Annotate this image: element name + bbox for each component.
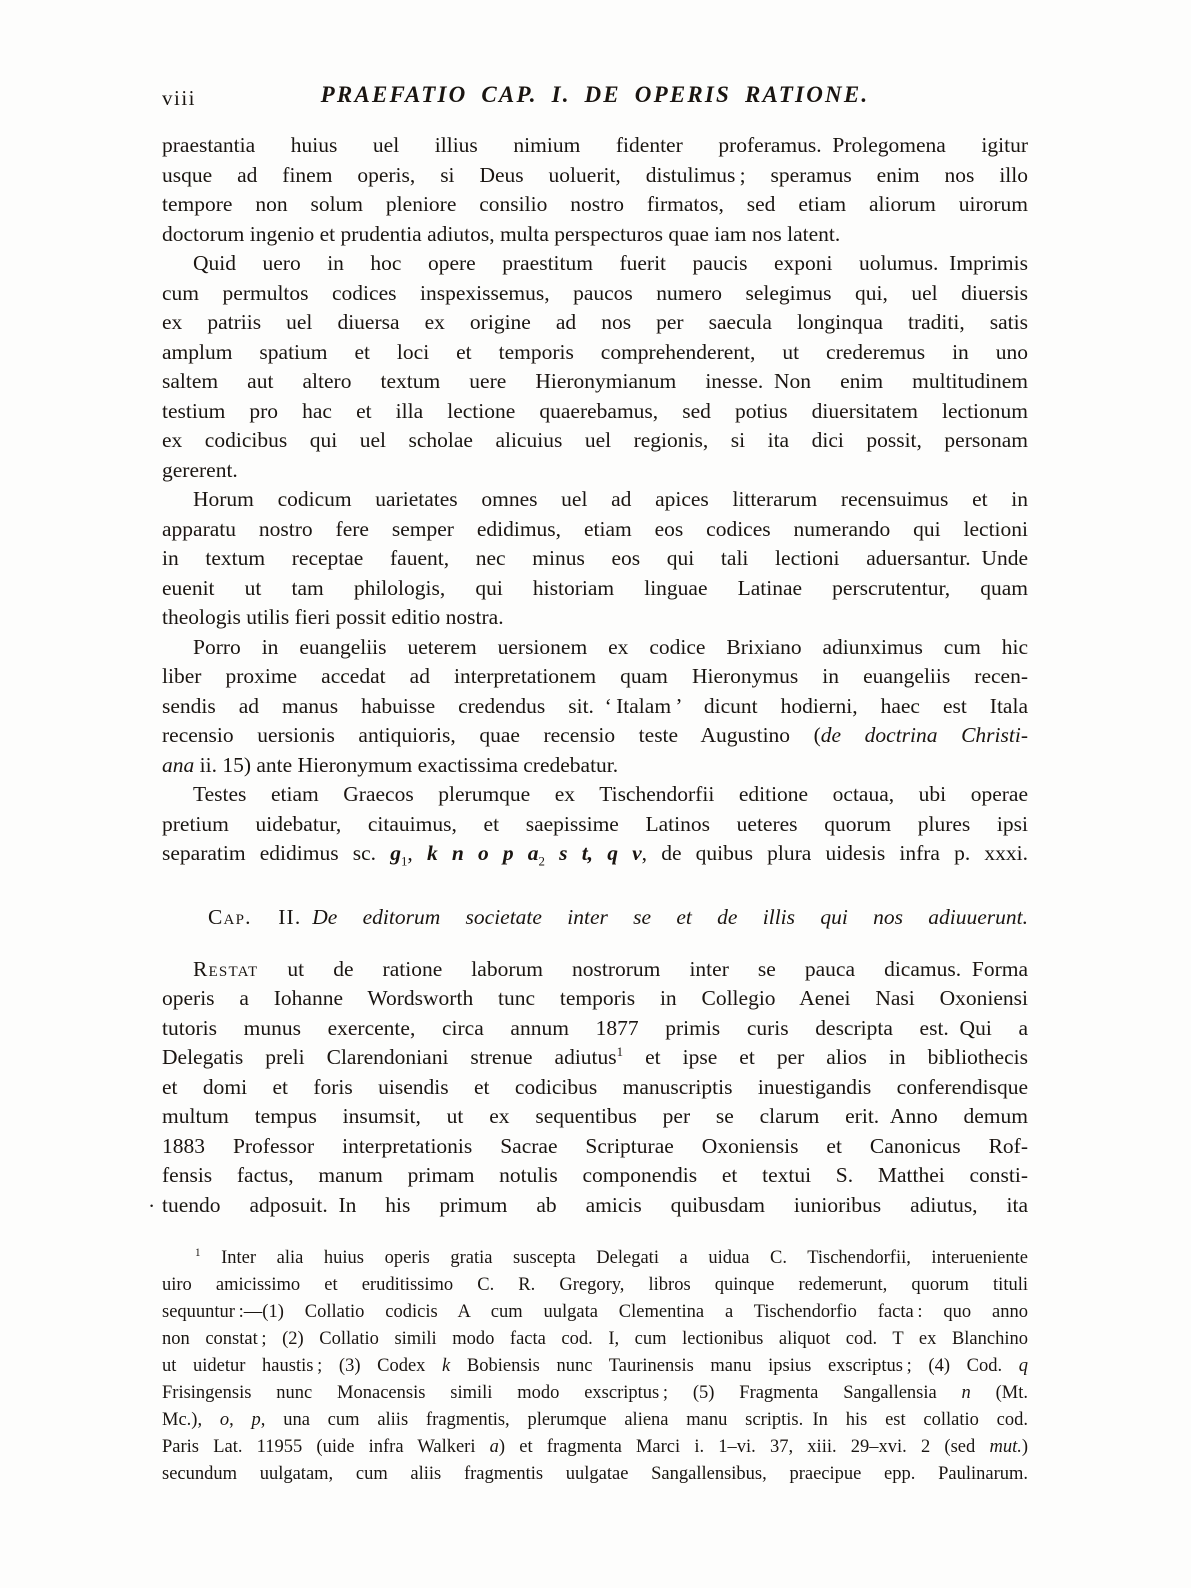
paragraph: Quid uero in hoc opere praestitum fuerit… <box>162 249 1028 485</box>
text-segment: in textum receptae fauent, nec minus eos… <box>162 546 1028 570</box>
chapter-heading: Cap. II. De editorum societate inter se … <box>162 902 1028 932</box>
text-segment: et domi et foris uisendis et codicibus m… <box>162 1075 1028 1099</box>
text-line: Testes etiam Graecos plerumque ex Tische… <box>162 780 1028 810</box>
text-line: fensis factus, manum primam notulis comp… <box>162 1161 1028 1191</box>
text-segment: Restat <box>193 957 258 981</box>
text-segment: g <box>390 841 401 865</box>
text-segment: mut. <box>989 1437 1021 1457</box>
text-segment: Paris Lat. 11955 (uide infra Walkeri <box>162 1437 490 1457</box>
text-segment: euenit ut tam philologis, qui historiam … <box>162 576 1028 600</box>
text-segment: , <box>229 1410 251 1430</box>
text-segment: doctorum ingenio et prudentia adiutos, m… <box>162 222 840 246</box>
text-line: theologis utilis fieri possit editio nos… <box>162 603 1028 633</box>
text-segment: pretium uidebatur, citauimus, et saepiss… <box>162 812 1028 836</box>
text-line: Paris Lat. 11955 (uide infra Walkeri a) … <box>162 1434 1028 1461</box>
text-line: cum permultos codices inspexissemus, pau… <box>162 279 1028 309</box>
text-segment: Testes etiam Graecos plerumque ex Tische… <box>193 782 1028 806</box>
text-segment: tutoris munus exercente, circa annum 187… <box>162 1016 1028 1040</box>
text-line: multum tempus insumsit, ut ex sequentibu… <box>162 1102 1028 1132</box>
text-segment: testium pro hac et illa lectione quaereb… <box>162 399 1028 423</box>
text-segment: Frisingensis nunc Monacensis simili modo… <box>162 1383 962 1403</box>
text-line: liber proxime accedat ad interpretatione… <box>162 662 1028 692</box>
text-line: Restat ut de ratione laborum nostrorum i… <box>162 955 1028 985</box>
footnote: 1 Inter alia huius operis gratia suscept… <box>162 1245 1028 1488</box>
paragraph: praestantia huius uel illius nimium fide… <box>162 131 1028 249</box>
text-line: saltem aut altero textum uere Hieronymia… <box>162 367 1028 397</box>
book-page: viii PRAEFATIO CAP. I. DE OPERIS RATIONE… <box>0 0 1191 1588</box>
text-segment: Cap. II. <box>208 905 301 929</box>
text-segment: tuendo adposuit. In his primum ab amicis… <box>162 1193 1028 1217</box>
text-segment: Mc.), <box>162 1410 220 1430</box>
text-segment: o <box>220 1410 229 1430</box>
text-line: secundum uulgatam, cum aliis fragmentis … <box>162 1461 1028 1488</box>
text-line: Delegatis preli Clarendoniani strenue ad… <box>162 1043 1028 1073</box>
text-segment: Inter alia huius operis gratia suscepta … <box>201 1248 1028 1268</box>
text-line: apparatu nostro fere semper edidimus, et… <box>162 515 1028 545</box>
text-line: praestantia huius uel illius nimium fide… <box>162 131 1028 161</box>
paragraph: 1 Inter alia huius operis gratia suscept… <box>162 1245 1028 1488</box>
text-segment: et ipse et per alios in bibliothecis <box>623 1045 1028 1069</box>
text-line: 1 Inter alia huius operis gratia suscept… <box>162 1245 1028 1272</box>
text-segment: sequuntur :—(1) Collatio codicis A cum u… <box>162 1302 1028 1322</box>
text-segment: praestantia huius uel illius nimium fide… <box>162 133 1028 157</box>
text-segment: usque ad finem operis, si Deus uoluerit,… <box>162 163 1028 187</box>
text-segment: 1883 Professor interpretationis Sacrae S… <box>162 1134 1028 1158</box>
text-line: usque ad finem operis, si Deus uoluerit,… <box>162 161 1028 191</box>
text-segment: a <box>490 1437 499 1457</box>
text-line: Mc.), o, p, una cum aliis fragmentis, pl… <box>162 1407 1028 1434</box>
text-segment: k n o p a <box>427 841 539 865</box>
text-line: ana ii. 15) ante Hieronymum exactissima … <box>162 751 1028 781</box>
text-segment: Bobiensis nunc Taurinensis manu ipsius e… <box>450 1356 1018 1376</box>
text-segment: ana <box>162 753 194 777</box>
stray-ink-dot: . <box>149 1188 154 1213</box>
text-line: Porro in euangeliis ueterem uersionem ex… <box>162 633 1028 663</box>
text-segment: s t, q v <box>545 841 642 865</box>
text-segment: operis a Iohanne Wordsworth tunc tempori… <box>162 986 1028 1010</box>
text-segment: multum tempus insumsit, ut ex sequentibu… <box>162 1104 1028 1128</box>
text-segment: liber proxime accedat ad interpretatione… <box>162 664 1028 688</box>
text-line: separatim edidimus sc. g1, k n o p a2 s … <box>162 839 1028 869</box>
text-segment: ex patriis uel diuersa ex origine ad nos… <box>162 310 1028 334</box>
paragraph: Testes etiam Graecos plerumque ex Tische… <box>162 780 1028 869</box>
text-block: praestantia huius uel illius nimium fide… <box>162 131 1028 1488</box>
cap1-paragraphs: praestantia huius uel illius nimium fide… <box>162 131 1028 869</box>
paragraph: Restat ut de ratione laborum nostrorum i… <box>162 955 1028 1221</box>
text-segment: non constat ; (2) Collatio simili modo f… <box>162 1329 1028 1349</box>
text-segment: p <box>252 1410 261 1430</box>
text-segment: ) <box>1022 1437 1028 1457</box>
text-line: et domi et foris uisendis et codicibus m… <box>162 1073 1028 1103</box>
text-segment: secundum uulgatam, cum aliis fragmentis … <box>162 1464 1028 1484</box>
text-line: Horum codicum uarietates omnes uel ad ap… <box>162 485 1028 515</box>
text-line: amplum spatium et loci et temporis compr… <box>162 338 1028 368</box>
text-segment: sendis ad manus habuisse credendus sit. … <box>162 694 1028 718</box>
text-segment: separatim edidimus sc. <box>162 841 390 865</box>
cap2-paragraphs: Restat ut de ratione laborum nostrorum i… <box>162 955 1028 1221</box>
text-segment: recensio uersionis antiquioris, quae rec… <box>162 723 821 747</box>
text-segment: ii. 15) ante Hieronymum exactissima cred… <box>194 753 618 777</box>
text-line: recensio uersionis antiquioris, quae rec… <box>162 721 1028 751</box>
page-header: viii PRAEFATIO CAP. I. DE OPERIS RATIONE… <box>162 82 1028 116</box>
text-line: Frisingensis nunc Monacensis simili modo… <box>162 1380 1028 1407</box>
text-line: euenit ut tam philologis, qui historiam … <box>162 574 1028 604</box>
text-segment: q <box>1019 1356 1028 1376</box>
text-segment: Quid uero in hoc opere praestitum fuerit… <box>193 251 1028 275</box>
text-segment: apparatu nostro fere semper edidimus, et… <box>162 517 1028 541</box>
text-line: tutoris munus exercente, circa annum 187… <box>162 1014 1028 1044</box>
text-segment: cum permultos codices inspexissemus, pau… <box>162 281 1028 305</box>
text-line: tuendo adposuit. In his primum ab amicis… <box>162 1191 1028 1221</box>
text-segment: ut de ratione laborum nostrorum inter se… <box>258 957 1028 981</box>
text-segment: , de quibus plura uidesis infra p. xxxi. <box>642 841 1028 865</box>
text-segment: gererent. <box>162 458 238 482</box>
text-line: ex patriis uel diuersa ex origine ad nos… <box>162 308 1028 338</box>
text-segment: tempore non solum pleniore consilio nost… <box>162 192 1028 216</box>
text-line: gererent. <box>162 456 1028 486</box>
text-segment: saltem aut altero textum uere Hieronymia… <box>162 369 1028 393</box>
text-segment: De editorum societate inter se et de ill… <box>312 905 1028 929</box>
text-segment <box>301 905 312 929</box>
text-segment: ) et fragmenta Marci i. 1–vi. 37, xiii. … <box>499 1437 990 1457</box>
text-line: Quid uero in hoc opere praestitum fuerit… <box>162 249 1028 279</box>
text-segment: Delegatis preli Clarendoniani strenue ad… <box>162 1045 617 1069</box>
text-line: sendis ad manus habuisse credendus sit. … <box>162 692 1028 722</box>
text-segment: , <box>407 841 427 865</box>
text-line: operis a Iohanne Wordsworth tunc tempori… <box>162 984 1028 1014</box>
text-segment: de doctrina Christi- <box>821 723 1028 747</box>
text-line: testium pro hac et illa lectione quaereb… <box>162 397 1028 427</box>
text-line: in textum receptae fauent, nec minus eos… <box>162 544 1028 574</box>
page-number: viii <box>162 86 196 111</box>
text-segment: Porro in euangeliis ueterem uersionem ex… <box>193 635 1028 659</box>
text-segment: amplum spatium et loci et temporis compr… <box>162 340 1028 364</box>
text-segment: ex codicibus qui uel scholae alicuius ue… <box>162 428 1028 452</box>
text-line: pretium uidebatur, citauimus, et saepiss… <box>162 810 1028 840</box>
text-segment: theologis utilis fieri possit editio nos… <box>162 605 504 629</box>
text-segment: fensis factus, manum primam notulis comp… <box>162 1163 1028 1187</box>
text-line: 1883 Professor interpretationis Sacrae S… <box>162 1132 1028 1162</box>
text-line: uiro amicissimo et eruditissimo C. R. Gr… <box>162 1272 1028 1299</box>
text-line: ex codicibus qui uel scholae alicuius ue… <box>162 426 1028 456</box>
text-segment: Horum codicum uarietates omnes uel ad ap… <box>193 487 1028 511</box>
paragraph: Horum codicum uarietates omnes uel ad ap… <box>162 485 1028 633</box>
text-segment: ut uidetur haustis ; (3) Codex <box>162 1356 442 1376</box>
text-line: ut uidetur haustis ; (3) Codex k Bobiens… <box>162 1353 1028 1380</box>
text-line: non constat ; (2) Collatio simili modo f… <box>162 1326 1028 1353</box>
text-line: tempore non solum pleniore consilio nost… <box>162 190 1028 220</box>
text-segment: (Mt. <box>971 1383 1028 1403</box>
text-segment: , una cum aliis fragmentis, plerumque al… <box>261 1410 1028 1430</box>
running-title: PRAEFATIO CAP. I. DE OPERIS RATIONE. <box>162 82 1028 108</box>
text-line: doctorum ingenio et prudentia adiutos, m… <box>162 220 1028 250</box>
text-line: sequuntur :—(1) Collatio codicis A cum u… <box>162 1299 1028 1326</box>
text-segment: n <box>962 1383 971 1403</box>
paragraph: Porro in euangeliis ueterem uersionem ex… <box>162 633 1028 781</box>
text-segment: uiro amicissimo et eruditissimo C. R. Gr… <box>162 1275 1028 1295</box>
